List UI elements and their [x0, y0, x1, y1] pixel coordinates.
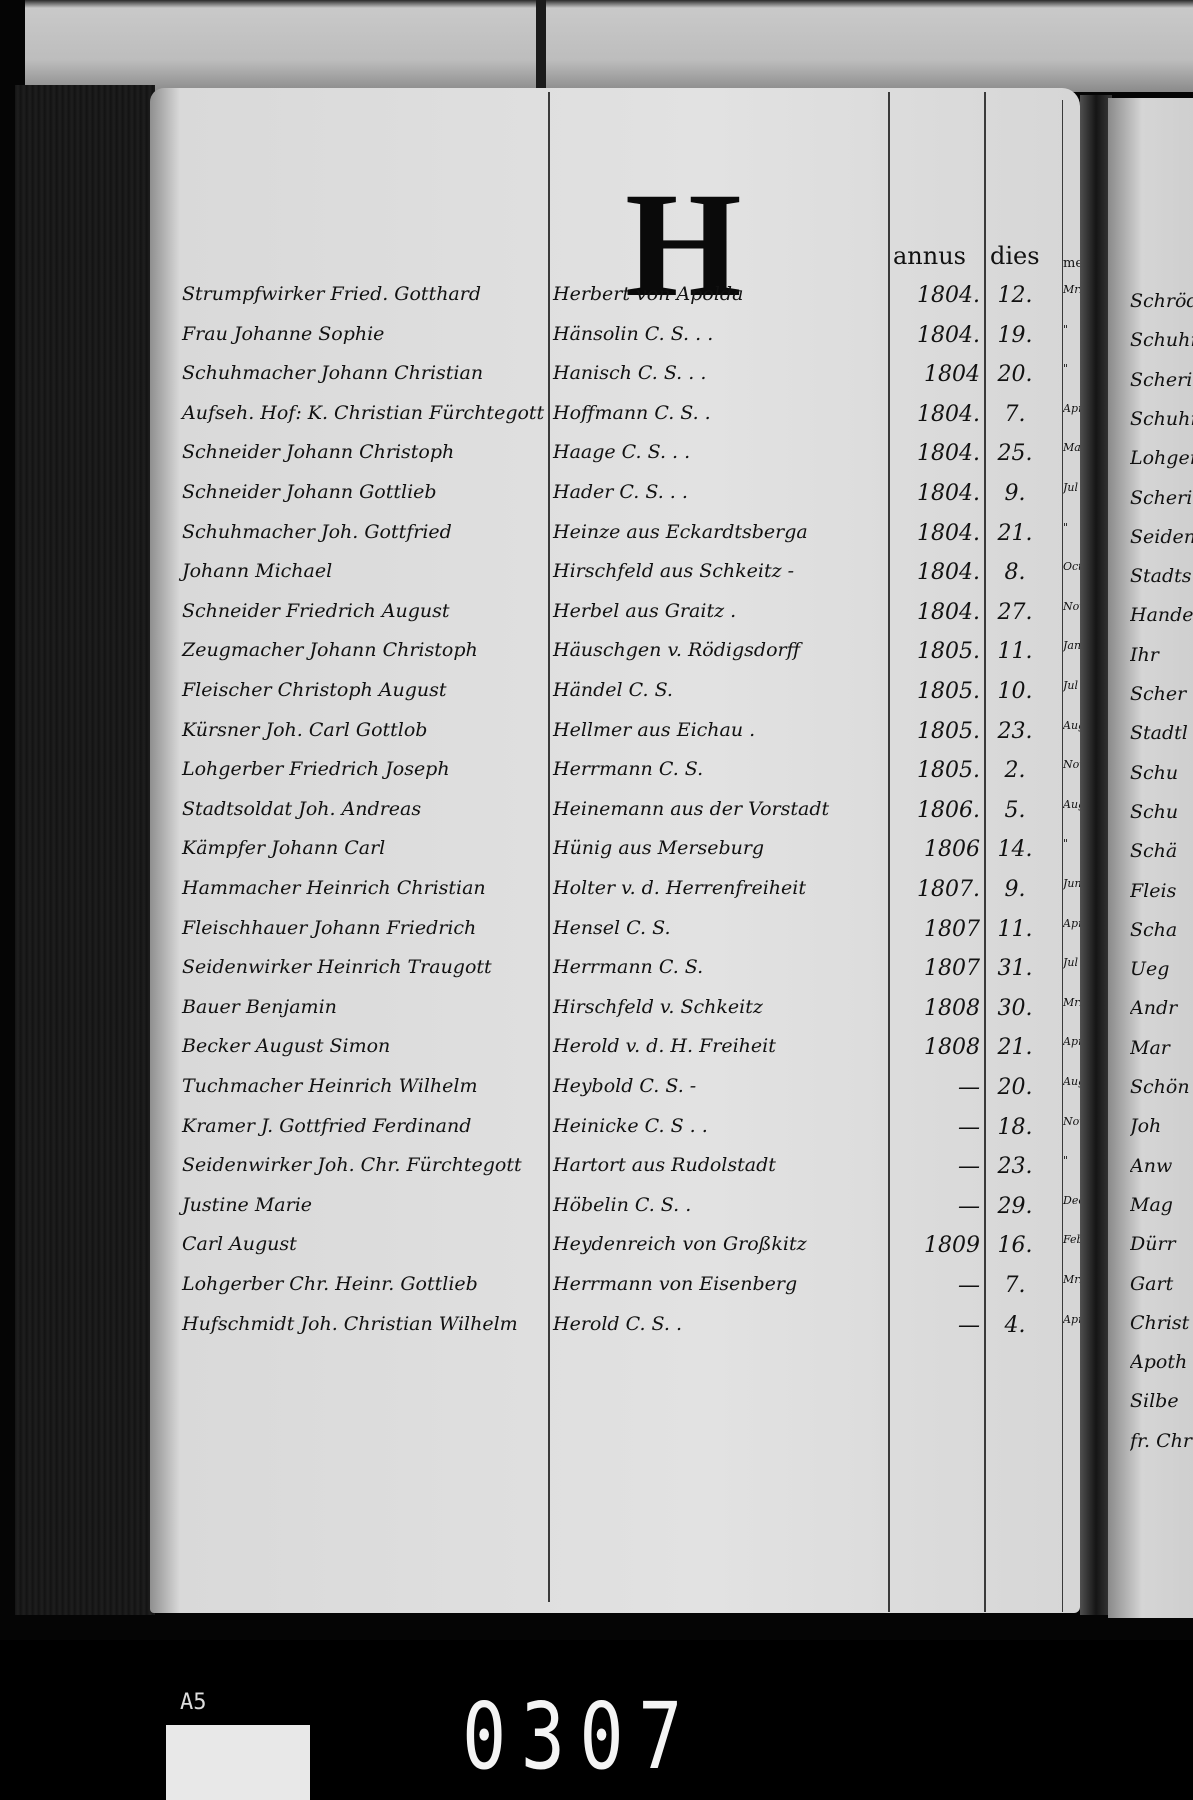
entry-year: — — [895, 1075, 980, 1111]
entry-month: " — [1063, 521, 1081, 557]
entry-day: 12. — [990, 283, 1040, 319]
entry-place: Hanisch C. S. . . — [553, 362, 883, 398]
facing-entry-fragment: Anw — [1130, 1155, 1193, 1191]
entry-place: Herbert von Apolda — [553, 283, 883, 319]
facing-entry-fragment: Schä — [1130, 840, 1193, 876]
entry-month: Aug — [1063, 798, 1081, 834]
entry-day: 11. — [990, 639, 1040, 675]
entry-place: Hirschfeld v. Schkeitz — [553, 996, 883, 1032]
entry-place: Herrmann C. S. — [553, 758, 883, 794]
book-spine — [15, 85, 155, 1615]
facing-entry-fragment: Scha — [1130, 919, 1193, 955]
facing-entry-fragment: Scheri — [1130, 487, 1193, 523]
entry-year: 1808 — [895, 996, 980, 1032]
entry-year: 1804. — [895, 283, 980, 319]
entry-month: Apr — [1063, 1035, 1081, 1071]
previous-page-edge — [25, 0, 1193, 92]
entry-year: 1807 — [895, 956, 980, 992]
entry-day: 31. — [990, 956, 1040, 992]
entry-day: 30. — [990, 996, 1040, 1032]
facing-entry-fragment: Scher — [1130, 683, 1193, 719]
entry-name: Schneider Johann Gottlieb — [182, 481, 542, 517]
entry-name: Lohgerber Chr. Heinr. Gottlieb — [182, 1273, 542, 1309]
entry-name: Tuchmacher Heinrich Wilhelm — [182, 1075, 542, 1111]
entry-year: 1804. — [895, 402, 980, 438]
header-dies: dies — [990, 242, 1040, 270]
entry-name: Carl August — [182, 1233, 542, 1269]
facing-entry-fragment: Fleis — [1130, 880, 1193, 916]
facing-entry-fragment: fr. Chr — [1130, 1430, 1193, 1466]
entry-day: 11. — [990, 917, 1040, 953]
entry-year: 1809 — [895, 1233, 980, 1269]
entry-month: Nov — [1063, 600, 1081, 636]
entry-year: 1804. — [895, 521, 980, 557]
entry-month: " — [1063, 837, 1081, 873]
entry-day: 4. — [990, 1313, 1040, 1349]
entry-name: Hufschmidt Joh. Christian Wilhelm — [182, 1313, 542, 1349]
facing-entry-fragment: Christ — [1130, 1312, 1193, 1348]
entry-day: 21. — [990, 521, 1040, 557]
page-fold-shadow — [536, 0, 546, 92]
column-rule-year-day — [984, 92, 986, 1612]
entry-place: Häuschgen v. Rödigsdorff — [553, 639, 883, 675]
entry-place: Holter v. d. Herrenfreiheit — [553, 877, 883, 913]
facing-entry-fragment: Schuhma — [1130, 329, 1193, 365]
entry-place: Hänsolin C. S. . . — [553, 323, 883, 359]
column-rule-name-place — [548, 92, 550, 1602]
entry-name: Becker August Simon — [182, 1035, 542, 1071]
facing-entry-fragment: Seiden — [1130, 526, 1193, 562]
facing-entry-fragment: Ihr — [1130, 644, 1193, 680]
facing-entry-fragment: Schu — [1130, 762, 1193, 798]
entry-month: Apr — [1063, 1313, 1081, 1349]
entry-month: Jul — [1063, 679, 1081, 715]
entry-place: Hensel C. S. — [553, 917, 883, 953]
entry-place: Heinze aus Eckardtsberga — [553, 521, 883, 557]
entry-name: Johann Michael — [182, 560, 542, 596]
entry-name: Kramer J. Gottfried Ferdinand — [182, 1115, 542, 1151]
entry-day: 20. — [990, 1075, 1040, 1111]
entry-month: " — [1063, 323, 1081, 359]
facing-entry-fragment: Silbe — [1130, 1390, 1193, 1426]
entry-month: Jul — [1063, 956, 1081, 992]
facing-entry-fragment: Apoth — [1130, 1351, 1193, 1387]
entry-year: 1804. — [895, 441, 980, 477]
facing-entry-fragment: Andr — [1130, 997, 1193, 1033]
entry-name: Strumpfwirker Fried. Gotthard — [182, 283, 542, 319]
entry-place: Heinemann aus der Vorstadt — [553, 798, 883, 834]
entry-day: 27. — [990, 600, 1040, 636]
frame-number: 0307 — [462, 1683, 697, 1790]
entry-name: Schneider Friedrich August — [182, 600, 542, 636]
entry-name: Frau Johanne Sophie — [182, 323, 542, 359]
entry-place: Haage C. S. . . — [553, 441, 883, 477]
entry-name: Kämpfer Johann Carl — [182, 837, 542, 873]
entry-month: Mai — [1063, 441, 1081, 477]
entry-year: — — [895, 1313, 980, 1349]
entry-name: Fleischhauer Johann Friedrich — [182, 917, 542, 953]
entry-place: Hünig aus Merseburg — [553, 837, 883, 873]
entry-day: 10. — [990, 679, 1040, 715]
entry-name: Schuhmacher Joh. Gottfried — [182, 521, 542, 557]
entry-place: Herrmann C. S. — [553, 956, 883, 992]
entry-place: Hellmer aus Eichau . — [553, 719, 883, 755]
entry-month: Apr — [1063, 402, 1081, 438]
entry-day: 8. — [990, 560, 1040, 596]
entry-name: Zeugmacher Johann Christoph — [182, 639, 542, 675]
entry-day: 7. — [990, 1273, 1040, 1309]
facing-entry-fragment: Schu — [1130, 801, 1193, 837]
facing-entry-fragment: Dürr — [1130, 1233, 1193, 1269]
entry-day: 9. — [990, 481, 1040, 517]
entry-month: Nov — [1063, 1115, 1081, 1151]
entry-year: 1805. — [895, 679, 980, 715]
entry-place: Hoffmann C. S. . — [553, 402, 883, 438]
entry-day: 16. — [990, 1233, 1040, 1269]
entry-place: Heydenreich von Großkitz — [553, 1233, 883, 1269]
facing-entry-fragment: Scheri — [1130, 369, 1193, 405]
entry-name: Stadtsoldat Joh. Andreas — [182, 798, 542, 834]
entry-place: Heinicke C. S . . — [553, 1115, 883, 1151]
entry-place: Heybold C. S. - — [553, 1075, 883, 1111]
entry-place: Herold v. d. H. Freiheit — [553, 1035, 883, 1071]
entry-year: 1806 — [895, 837, 980, 873]
entry-day: 5. — [990, 798, 1040, 834]
entry-year: 1804 — [895, 362, 980, 398]
entry-place: Herbel aus Graitz . — [553, 600, 883, 636]
facing-entry-fragment: Ueg — [1130, 958, 1193, 994]
entry-name: Kürsner Joh. Carl Gottlob — [182, 719, 542, 755]
entry-name: Fleischer Christoph August — [182, 679, 542, 715]
entry-day: 21. — [990, 1035, 1040, 1071]
facing-entry-fragment: Mag — [1130, 1194, 1193, 1230]
entry-place: Hader C. S. . . — [553, 481, 883, 517]
entry-month: Oct — [1063, 560, 1081, 596]
entry-year: — — [895, 1273, 980, 1309]
entry-year: 1805. — [895, 758, 980, 794]
entry-day: 23. — [990, 1154, 1040, 1190]
entry-day: 9. — [990, 877, 1040, 913]
entry-year: — — [895, 1115, 980, 1151]
entry-month: Apr — [1063, 917, 1081, 953]
entry-month: Nov — [1063, 758, 1081, 794]
entry-day: 18. — [990, 1115, 1040, 1151]
entry-month: Jan — [1063, 639, 1081, 675]
entry-place: Händel C. S. — [553, 679, 883, 715]
entry-year: — — [895, 1154, 980, 1190]
entry-place: Hartort aus Rudolstadt — [553, 1154, 883, 1190]
entry-year: 1807. — [895, 877, 980, 913]
entry-name: Seidenwirker Joh. Chr. Fürchtegott — [182, 1154, 542, 1190]
facing-entry-fragment: Stadtl — [1130, 722, 1193, 758]
facing-entry-fragment: Schröd — [1130, 290, 1193, 326]
entry-day: 14. — [990, 837, 1040, 873]
entry-day: 7. — [990, 402, 1040, 438]
entry-year: 1807 — [895, 917, 980, 953]
entry-year: 1808 — [895, 1035, 980, 1071]
entry-year: — — [895, 1194, 980, 1230]
entry-month: " — [1063, 362, 1081, 398]
header-menses: men — [1063, 256, 1080, 271]
entry-day: 19. — [990, 323, 1040, 359]
format-label: A5 — [180, 1690, 207, 1715]
entry-name: Seidenwirker Heinrich Traugott — [182, 956, 542, 992]
entry-day: 23. — [990, 719, 1040, 755]
entry-day: 20. — [990, 362, 1040, 398]
entry-month: Mrz — [1063, 283, 1081, 319]
entry-name: Schneider Johann Christoph — [182, 441, 542, 477]
entry-year: 1804. — [895, 560, 980, 596]
entry-month: Mrz — [1063, 1273, 1081, 1309]
entry-name: Justine Marie — [182, 1194, 542, 1230]
entry-year: 1804. — [895, 600, 980, 636]
facing-entry-fragment: Gart — [1130, 1273, 1193, 1309]
entry-year: 1805. — [895, 639, 980, 675]
entry-month: Dec — [1063, 1194, 1081, 1230]
facing-entry-fragment: Stadts — [1130, 565, 1193, 601]
facing-entry-fragment: Lohgerb — [1130, 447, 1193, 483]
entry-year: 1804. — [895, 481, 980, 517]
facing-entry-fragment: Schuhm — [1130, 408, 1193, 444]
entry-year: 1806. — [895, 798, 980, 834]
entry-month: " — [1063, 1154, 1081, 1190]
entry-name: Aufseh. Hof: K. Christian Fürchtegott — [182, 402, 542, 438]
film-marker-square — [166, 1725, 310, 1800]
facing-entry-fragment: Joh — [1130, 1115, 1193, 1151]
facing-entry-fragment: Handel — [1130, 604, 1193, 640]
entry-name: Schuhmacher Johann Christian — [182, 362, 542, 398]
entry-month: Jun — [1063, 877, 1081, 913]
entry-place: Herrmann von Eisenberg — [553, 1273, 883, 1309]
facing-entry-fragment: Schön — [1130, 1076, 1193, 1112]
entry-year: 1805. — [895, 719, 980, 755]
facing-entry-fragment: Mar — [1130, 1037, 1193, 1073]
header-annus: annus — [893, 242, 966, 270]
entry-day: 25. — [990, 441, 1040, 477]
entry-month: Febr — [1063, 1233, 1081, 1269]
entry-place: Höbelin C. S. . — [553, 1194, 883, 1230]
entry-place: Herold C. S. . — [553, 1313, 883, 1349]
entry-month: Aug — [1063, 1075, 1081, 1111]
entry-day: 29. — [990, 1194, 1040, 1230]
entry-day: 2. — [990, 758, 1040, 794]
entry-month: Aug — [1063, 719, 1081, 755]
entry-name: Lohgerber Friedrich Joseph — [182, 758, 542, 794]
entry-year: 1804. — [895, 323, 980, 359]
entry-month: Mrz — [1063, 996, 1081, 1032]
entry-place: Hirschfeld aus Schkeitz - — [553, 560, 883, 596]
entry-name: Hammacher Heinrich Christian — [182, 877, 542, 913]
column-rule-place-year — [888, 92, 890, 1612]
entry-month: Jul — [1063, 481, 1081, 517]
entry-name: Bauer Benjamin — [182, 996, 542, 1032]
